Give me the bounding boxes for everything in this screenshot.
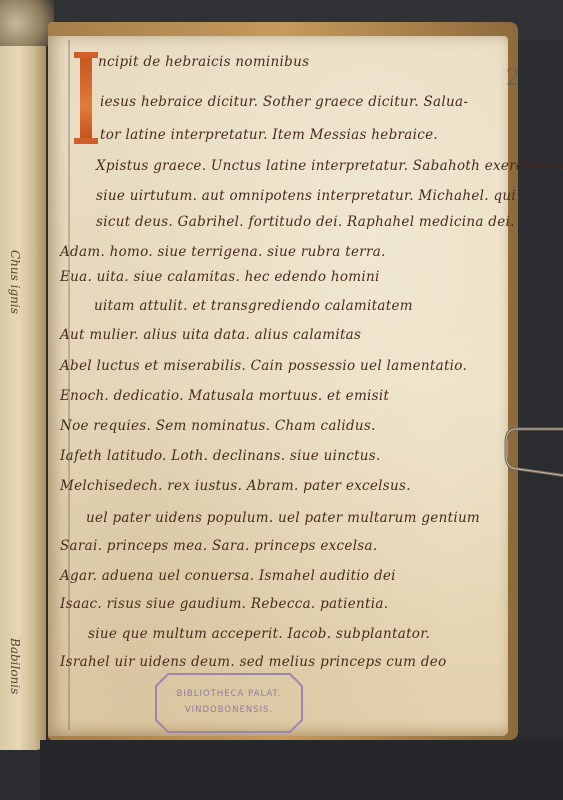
text-line: Adam. homo. siue terrigena. siue rubra t… bbox=[60, 244, 386, 260]
binding-thread bbox=[0, 0, 54, 46]
facing-page-edge: Chus ignis Babilonis bbox=[0, 30, 46, 750]
text-line: Aut mulier. alius uita data. alius calam… bbox=[60, 327, 361, 343]
text-line: ncipit de hebraicis nominibus bbox=[98, 54, 309, 70]
rubricated-initial bbox=[80, 52, 92, 144]
text-line: Enoch. dedicatio. Matusala mortuus. et e… bbox=[60, 388, 389, 404]
text-line: sicut deus. Gabrihel. fortitudo dei. Rap… bbox=[96, 214, 515, 230]
text-line: Agar. aduena uel conuersa. Ismahel audit… bbox=[60, 568, 396, 584]
text-line: Iafeth latitudo. Loth. declinans. siue u… bbox=[60, 448, 381, 464]
text-line: Melchisedech. rex iustus. Abram. pater e… bbox=[60, 478, 411, 494]
stamp-line: BIBLIOTHECA PALAT. bbox=[154, 686, 304, 702]
text-line: Isaac. risus siue gaudium. Rebecca. pati… bbox=[60, 596, 388, 612]
text-line: siue uirtutum. aut omnipotens interpreta… bbox=[96, 188, 516, 204]
folio-number: 2 bbox=[506, 66, 520, 91]
text-line: uel pater uidens populum. uel pater mult… bbox=[86, 510, 480, 526]
text-line: uitam attulit. et transgrediendo calamit… bbox=[94, 298, 413, 314]
text-line: Abel luctus et miserabilis. Cain possess… bbox=[60, 358, 467, 374]
text-line: siue que multum acceperit. Iacob. subpla… bbox=[88, 626, 430, 642]
text-line: Eua. uita. siue calamitas. hec edendo ho… bbox=[60, 269, 380, 285]
text-line: Sarai. princeps mea. Sara. princeps exce… bbox=[60, 538, 377, 554]
margin-note: Chus ignis bbox=[8, 250, 22, 314]
text-line: Xpistus graece. Unctus latine interpreta… bbox=[96, 158, 563, 174]
text-line: Israhel uir uidens deum. sed melius prin… bbox=[60, 654, 447, 670]
background-bottom bbox=[40, 740, 563, 800]
library-stamp: BIBLIOTHECA PALAT. VINDOBONENSIS. bbox=[154, 672, 304, 734]
stamp-line: VINDOBONENSIS. bbox=[154, 702, 304, 718]
bookmark-clip bbox=[494, 425, 563, 477]
text-line: tor latine interpretatur. Item Messias h… bbox=[100, 127, 438, 143]
text-line: Noe requies. Sem nominatus. Cham calidus… bbox=[60, 418, 376, 434]
ruling-line bbox=[68, 40, 70, 730]
text-line: iesus hebraice dicitur. Sother graece di… bbox=[100, 94, 468, 110]
margin-note: Babilonis bbox=[8, 638, 22, 694]
